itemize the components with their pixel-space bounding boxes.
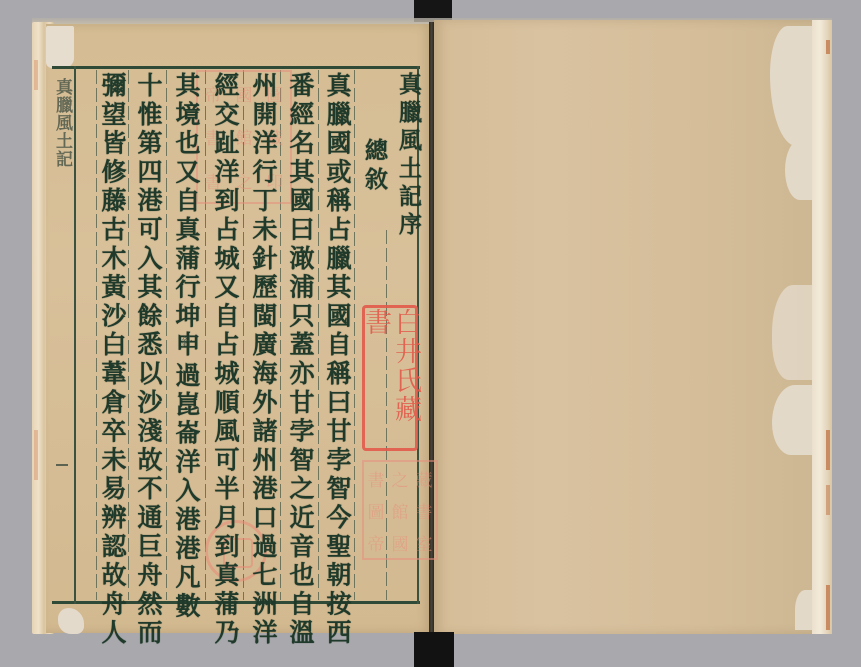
page-wear-patch (46, 26, 74, 68)
text-column-5-lower: 過崑崙洋入港港凡數 (171, 362, 201, 621)
column-rule (128, 70, 129, 600)
text-column-6: 十惟第四港可入其餘悉以沙淺故不通巨舟然而 (133, 72, 163, 648)
text-column-2: 番經名其國曰澉浦只蓋亦甘孛智之近音也自溫 (285, 72, 315, 648)
page-wear-patch (785, 140, 815, 200)
text-column-4: 經交趾洋到占城又自占城順風可半月到真蒲乃 (210, 72, 240, 648)
fore-edge-stain (34, 430, 38, 480)
text-column-5-note: 針 (178, 336, 194, 348)
column-rule (318, 70, 319, 600)
title-column: 真臘風土記序 (393, 72, 423, 240)
spine-label: 真臘風土記 (50, 78, 75, 168)
text-column-3: 州開洋行丁未針歷閩廣海外諸州港口過七洲洋 (248, 72, 278, 648)
page-wear-patch (772, 285, 814, 380)
print-frame-top (52, 66, 420, 69)
fore-edge-stain (826, 585, 830, 630)
text-column-5-upper: 其境也又自真蒲行坤申 (171, 72, 201, 360)
right-fore-edge (812, 20, 832, 634)
column-rule (166, 70, 167, 600)
text-column-7: 彌望皆修藤古木黃沙白葦倉卒未易辨認故舟人 (97, 72, 127, 648)
seal-lower-square: 書之藏 圖館書 帝國室 (362, 460, 438, 560)
fore-edge-stain (826, 430, 830, 470)
page-number-mark (56, 464, 68, 466)
collector-seal: 白井氏藏書 (362, 305, 418, 451)
text-column-1: 真臘國或稱占臘其國自稱曰甘孛智今聖朝按西 (322, 72, 352, 648)
page-wear-patch (772, 385, 814, 455)
bookmark-strap-bottom (414, 632, 454, 667)
fore-edge-stain (826, 485, 830, 515)
fore-edge-stain (34, 60, 38, 90)
right-page-blank (434, 20, 816, 634)
fore-edge-stain (826, 40, 830, 54)
column-rule (354, 70, 355, 600)
section-heading: 總敘 (359, 138, 389, 196)
